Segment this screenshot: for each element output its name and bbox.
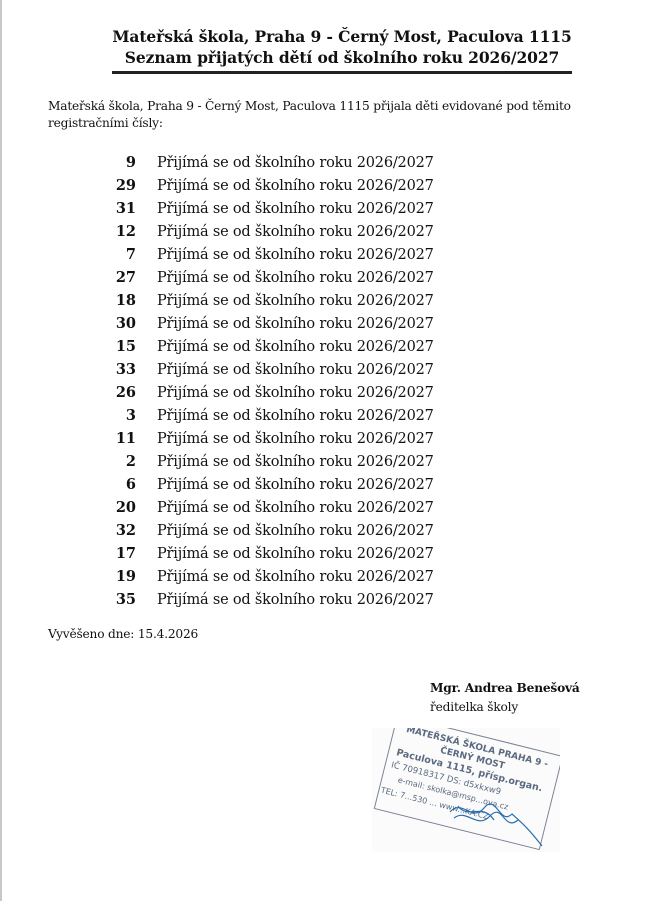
admission-status: Přijímá se od školního roku 2026/2027 <box>157 523 434 539</box>
admission-status: Přijímá se od školního roku 2026/2027 <box>157 316 434 332</box>
admission-status: Přijímá se od školního roku 2026/2027 <box>157 362 434 378</box>
list-item: 11Přijímá se od školního roku 2026/2027 <box>110 427 434 450</box>
signatory-role: ředitelka školy <box>430 698 580 717</box>
admission-status: Přijímá se od školního roku 2026/2027 <box>157 592 434 608</box>
registration-number: 32 <box>110 522 136 539</box>
admission-list: 9Přijímá se od školního roku 2026/202729… <box>110 151 434 611</box>
posted-date: Vyvěšeno dne: 15.4.2026 <box>48 627 198 641</box>
admission-status: Přijímá se od školního roku 2026/2027 <box>157 270 434 286</box>
list-item: 18Přijímá se od školního roku 2026/2027 <box>110 289 434 312</box>
list-item: 20Přijímá se od školního roku 2026/2027 <box>110 496 434 519</box>
list-item: 29Přijímá se od školního roku 2026/2027 <box>110 174 434 197</box>
registration-number: 30 <box>110 315 136 332</box>
list-item: 12Přijímá se od školního roku 2026/2027 <box>110 220 434 243</box>
list-item: 19Přijímá se od školního roku 2026/2027 <box>110 565 434 588</box>
list-item: 32Přijímá se od školního roku 2026/2027 <box>110 519 434 542</box>
admission-status: Přijímá se od školního roku 2026/2027 <box>157 546 434 562</box>
document-header: Mateřská škola, Praha 9 - Černý Most, Pa… <box>112 26 572 74</box>
registration-number: 15 <box>110 338 136 355</box>
list-item: 30Přijímá se od školního roku 2026/2027 <box>110 312 434 335</box>
registration-number: 27 <box>110 269 136 286</box>
registration-number: 9 <box>110 154 136 171</box>
registration-number: 11 <box>110 430 136 447</box>
registration-number: 6 <box>110 476 136 493</box>
registration-number: 7 <box>110 246 136 263</box>
admission-status: Přijímá se od školního roku 2026/2027 <box>157 224 434 240</box>
admission-status: Přijímá se od školního roku 2026/2027 <box>157 155 434 171</box>
registration-number: 35 <box>110 591 136 608</box>
admission-status: Přijímá se od školního roku 2026/2027 <box>157 339 434 355</box>
list-item: 6Přijímá se od školního roku 2026/2027 <box>110 473 434 496</box>
registration-number: 29 <box>110 177 136 194</box>
registration-number: 31 <box>110 200 136 217</box>
signature-block: Mgr. Andrea Benešová ředitelka školy <box>430 679 580 717</box>
registration-number: 33 <box>110 361 136 378</box>
stamp-icon: MATEŘSKÁ ŠKOLA PRAHA 9 - ČERNÝ MOST Pacu… <box>372 728 560 852</box>
registration-number: 20 <box>110 499 136 516</box>
page-edge <box>0 0 2 901</box>
school-stamp: MATEŘSKÁ ŠKOLA PRAHA 9 - ČERNÝ MOST Pacu… <box>372 728 560 852</box>
document-title: Seznam přijatých dětí od školního roku 2… <box>112 47 572 68</box>
admission-status: Přijímá se od školního roku 2026/2027 <box>157 201 434 217</box>
admission-status: Přijímá se od školního roku 2026/2027 <box>157 477 434 493</box>
signatory-name: Mgr. Andrea Benešová <box>430 679 580 698</box>
list-item: 33Přijímá se od školního roku 2026/2027 <box>110 358 434 381</box>
school-title: Mateřská škola, Praha 9 - Černý Most, Pa… <box>112 26 572 47</box>
list-item: 27Přijímá se od školního roku 2026/2027 <box>110 266 434 289</box>
signature-scribble <box>450 804 542 846</box>
registration-number: 17 <box>110 545 136 562</box>
intro-paragraph: Mateřská škola, Praha 9 - Černý Most, Pa… <box>48 98 633 132</box>
list-item: 31Přijímá se od školního roku 2026/2027 <box>110 197 434 220</box>
admission-status: Přijímá se od školního roku 2026/2027 <box>157 247 434 263</box>
admission-status: Přijímá se od školního roku 2026/2027 <box>157 178 434 194</box>
admission-status: Přijímá se od školního roku 2026/2027 <box>157 408 434 424</box>
list-item: 15Přijímá se od školního roku 2026/2027 <box>110 335 434 358</box>
list-item: 3Přijímá se od školního roku 2026/2027 <box>110 404 434 427</box>
list-item: 17Přijímá se od školního roku 2026/2027 <box>110 542 434 565</box>
registration-number: 18 <box>110 292 136 309</box>
list-item: 35Přijímá se od školního roku 2026/2027 <box>110 588 434 611</box>
list-item: 2Přijímá se od školního roku 2026/2027 <box>110 450 434 473</box>
list-item: 9Přijímá se od školního roku 2026/2027 <box>110 151 434 174</box>
admission-status: Přijímá se od školního roku 2026/2027 <box>157 500 434 516</box>
admission-status: Přijímá se od školního roku 2026/2027 <box>157 293 434 309</box>
registration-number: 12 <box>110 223 136 240</box>
registration-number: 3 <box>110 407 136 424</box>
registration-number: 19 <box>110 568 136 585</box>
header-divider <box>112 71 572 74</box>
registration-number: 2 <box>110 453 136 470</box>
admission-status: Přijímá se od školního roku 2026/2027 <box>157 385 434 401</box>
admission-status: Přijímá se od školního roku 2026/2027 <box>157 454 434 470</box>
admission-status: Přijímá se od školního roku 2026/2027 <box>157 569 434 585</box>
list-item: 26Přijímá se od školního roku 2026/2027 <box>110 381 434 404</box>
registration-number: 26 <box>110 384 136 401</box>
list-item: 7Přijímá se od školního roku 2026/2027 <box>110 243 434 266</box>
admission-status: Přijímá se od školního roku 2026/2027 <box>157 431 434 447</box>
